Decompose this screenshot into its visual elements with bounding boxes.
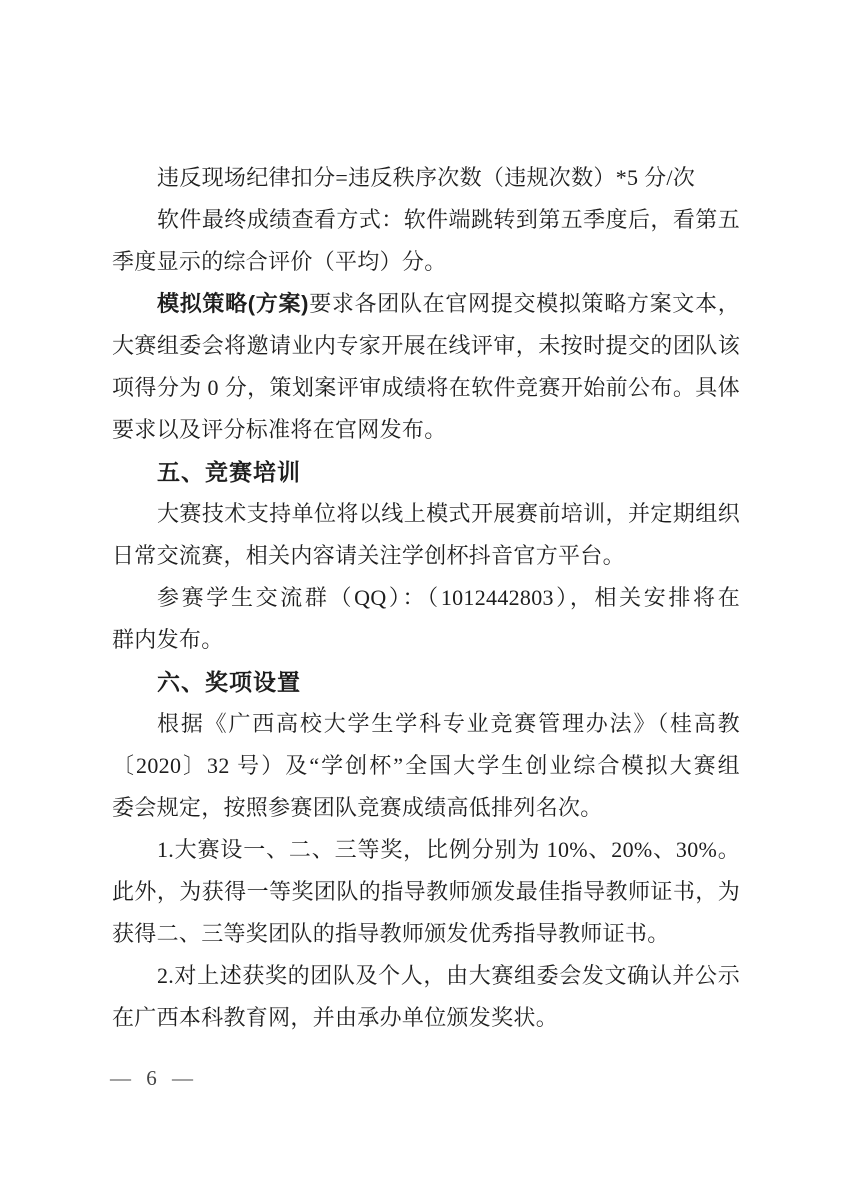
page-number: — 6 — [110, 1063, 198, 1093]
body-line: 获得二、三等奖团队的指导教师颁发优秀指导教师证书。 [112, 913, 740, 955]
body-line: 季度显示的综合评价（平均）分。 [112, 241, 740, 283]
body-line: 模拟策略(方案)要求各团队在官网提交模拟策略方案文本， [112, 283, 740, 325]
section-heading-training: 五、竞赛培训 [112, 451, 740, 493]
body-line: 项得分为 0 分，策划案评审成绩将在软件竞赛开始前公布。具体 [112, 367, 740, 409]
body-line: 委会规定，按照参赛团队竞赛成绩高低排列名次。 [112, 787, 740, 829]
body-run: 要求各团队在官网提交模拟策略方案文本， [309, 291, 740, 316]
body-line: 大赛组委会将邀请业内专家开展在线评审，未按时提交的团队该 [112, 325, 740, 367]
body-line: 大赛技术支持单位将以线上模式开展赛前培训，并定期组织 [112, 493, 740, 535]
body-line: 2.对上述获奖的团队及个人，由大赛组委会发文确认并公示 [112, 955, 740, 997]
section-heading-awards: 六、奖项设置 [112, 661, 740, 703]
body-line: 根据《广西高校大学生学科专业竞赛管理办法》（桂高教 [112, 703, 740, 745]
body-line: 群内发布。 [112, 619, 740, 661]
document-page-body: 违反现场纪律扣分=违反秩序次数（违规次数）*5 分/次 软件最终成绩查看方式：软… [112, 157, 740, 1039]
body-line: 软件最终成绩查看方式：软件端跳转到第五季度后，看第五 [112, 199, 740, 241]
body-line: 此外，为获得一等奖团队的指导教师颁发最佳指导教师证书，为 [112, 871, 740, 913]
bold-run: 模拟策略(方案) [157, 291, 309, 316]
body-line: 日常交流赛，相关内容请关注学创杯抖音官方平台。 [112, 535, 740, 577]
body-line: 参赛学生交流群（QQ）：（1012442803），相关安排将在 [112, 577, 740, 619]
body-line: 要求以及评分标准将在官网发布。 [112, 409, 740, 451]
body-line: 〔2020〕32 号）及“学创杯”全国大学生创业综合模拟大赛组 [112, 745, 740, 787]
body-line: 在广西本科教育网，并由承办单位颁发奖状。 [112, 997, 740, 1039]
body-line: 违反现场纪律扣分=违反秩序次数（违规次数）*5 分/次 [112, 157, 740, 199]
body-line: 1.大赛设一、二、三等奖，比例分别为 10%、20%、30%。 [112, 829, 740, 871]
